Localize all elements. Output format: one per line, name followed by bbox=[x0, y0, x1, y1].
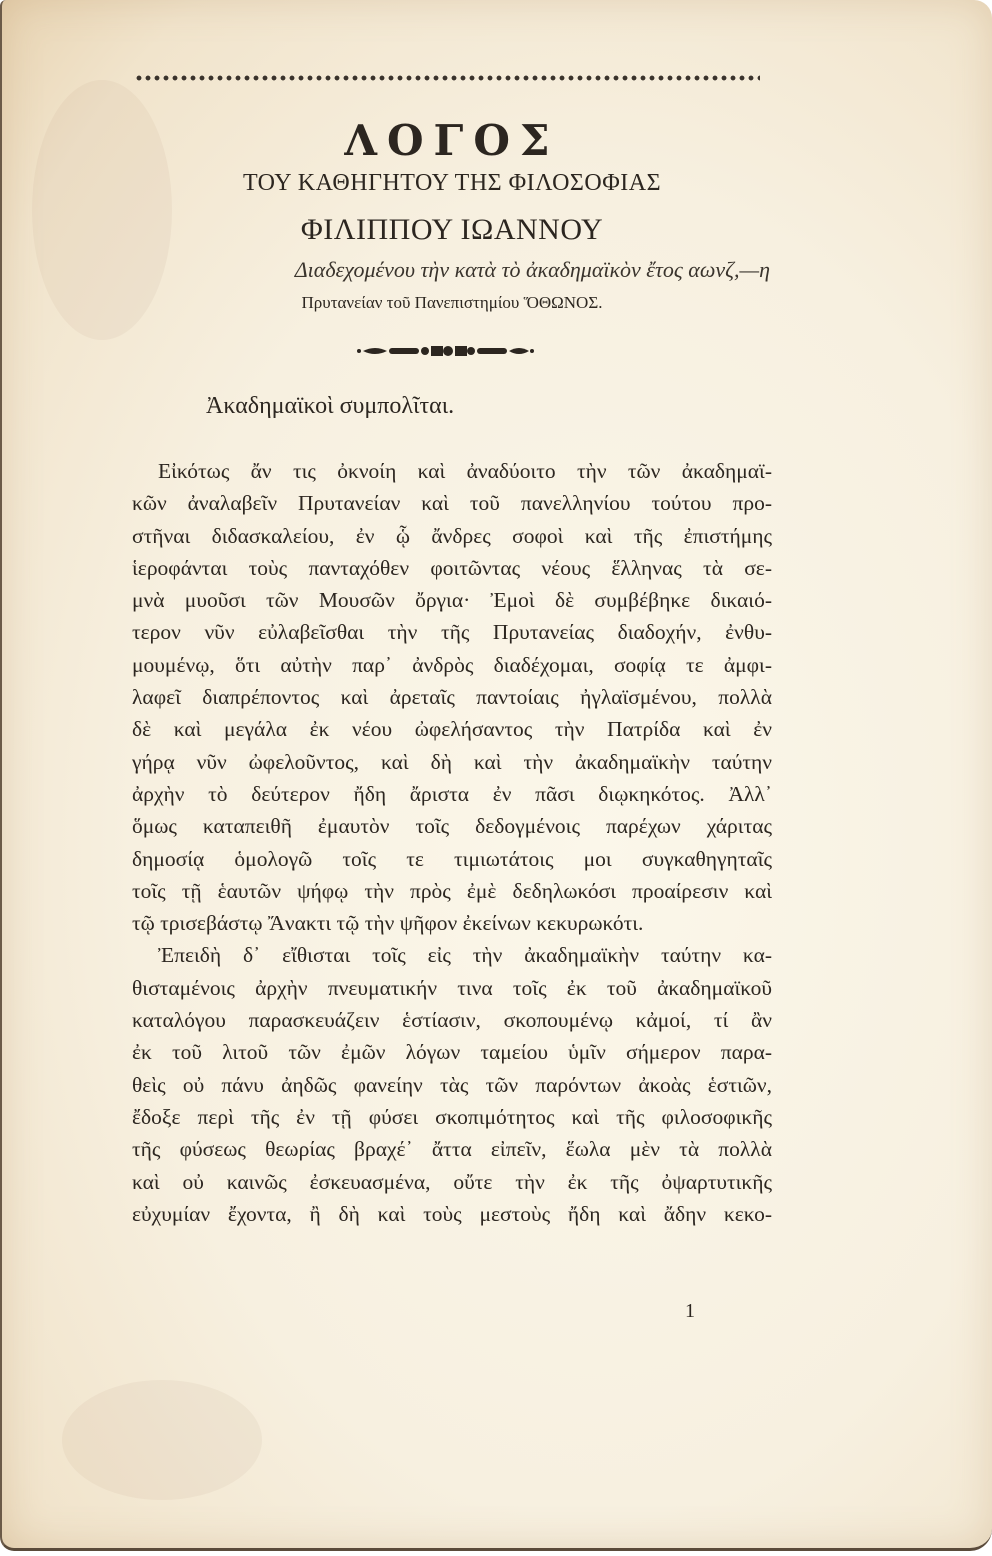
text-line: τῷ τρισεβάστῳ Ἄνακτι τῷ τὴν ψῆφον ἐκείνω… bbox=[132, 907, 772, 939]
text-line: ἀρχὴν τὸ δεύτερον ἤδη ἄριστα ἐν πᾶσι διῳ… bbox=[132, 778, 772, 810]
author-name: ΦΙΛΙΠΠΟΥ ΙΩΑΝΝΟΥ bbox=[2, 213, 902, 247]
text-line: ἔδοξε περὶ τῆς ἐν τῇ φύσει σκοπιμότητος … bbox=[132, 1101, 772, 1133]
text-line: εὐχυμίαν ἔχοντα, ἢ δὴ καὶ τοὺς μεστοὺς ἤ… bbox=[132, 1198, 772, 1230]
text-line: τῆς φύσεως θεωρίας βραχέ᾽ ἄττα εἰπεῖν, ἕ… bbox=[132, 1133, 772, 1165]
text-line: καταλόγου παρασκευάζειν ἑστίασιν, σκοπου… bbox=[132, 1004, 772, 1036]
text-line: δημοσίᾳ ὁμολογῶ τοῖς τε τιμιωτάτοις μοι … bbox=[132, 843, 772, 875]
text-line: θισταμένοις ἀρχὴν πνευματικήν τινα τοῖς … bbox=[132, 972, 772, 1004]
rectorship-line: Πρυτανείαν τοῦ Πανεπιστημίου ὍΘΩΝΟΣ. bbox=[2, 293, 902, 313]
text-line: Ἐπειδὴ δ᾽ εἴθισται τοῖς εἰς τὴν ἀκαδημαϊ… bbox=[132, 939, 772, 971]
body-text: Εἰκότως ἄν τις ὀκνοίη καὶ ἀναδύοιτο τὴν … bbox=[132, 455, 772, 1230]
text-line: ὅμως καταπειθῆ ἐμαυτὸν τοῖς δεδογμένοις … bbox=[132, 810, 772, 842]
floral-ornament-icon bbox=[355, 345, 535, 357]
page-number: 1 bbox=[685, 1300, 695, 1323]
succession-line: Διαδεχομένου τὴν κατὰ τὸ ἀκαδημαϊκὸν ἔτο… bbox=[150, 257, 770, 283]
text-line: δὲ καὶ μεγάλα ἐκ νέου ὠφελήσαντος τὴν Πα… bbox=[132, 713, 772, 745]
text-line: μνὰ μυοῦσι τῶν Μουσῶν ὄργια· Ἐμοὶ δὲ συμ… bbox=[132, 584, 772, 616]
text-line: καὶ οὐ καινῶς ἐσκευασμένα, οὔτε τὴν ἐκ τ… bbox=[132, 1166, 772, 1198]
text-line: ἱεροφάνται τοὺς πανταχόθεν φοιτῶντας νέο… bbox=[132, 552, 772, 584]
document-subtitle: ΤΟΥ ΚΑΘΗΓΗΤΟΥ ΤΗΣ ΦΙΛΟΣΟΦΙΑΣ bbox=[2, 170, 902, 197]
paper-stain bbox=[62, 1380, 262, 1500]
text-line: Εἰκότως ἄν τις ὀκνοίη καὶ ἀναδύοιτο τὴν … bbox=[132, 455, 772, 487]
text-line: λαφεῖ διαπρέποντος καὶ ἀρεταῖς παντοίαις… bbox=[132, 681, 772, 713]
top-ornamental-rule bbox=[135, 74, 760, 82]
text-line: ἐκ τοῦ λιτοῦ τῶν ἐμῶν λόγων ταμείου ὑμῖν… bbox=[132, 1036, 772, 1068]
text-line: τοῖς τῇ ἑαυτῶν ψήφῳ τὴν πρὸς ἐμὲ δεδηλωκ… bbox=[132, 875, 772, 907]
salutation: Ἀκαδημαϊκοὶ συμπολῖται. bbox=[206, 393, 454, 420]
text-line: κῶν ἀναλαβεῖν Πρυτανείαν καὶ τοῦ πανελλη… bbox=[132, 487, 772, 519]
document-title: ΛΟΓΟΣ bbox=[2, 116, 902, 165]
text-line: μουμένῳ, ὅτι αὐτὴν παρ᾽ ἀνδρὸς διαδέχομα… bbox=[132, 649, 772, 681]
text-line: γήρᾳ νῦν ὠφελοῦντος, καὶ δὴ καὶ τὴν ἀκαδ… bbox=[132, 746, 772, 778]
text-line: στῆναι διδασκαλείου, ἐν ᾧ ἄνδρες σοφοὶ κ… bbox=[132, 520, 772, 552]
text-line: τερον νῦν εὐλαβεῖσθαι τὴν τῆς Πρυτανείας… bbox=[132, 616, 772, 648]
scanned-page: ΛΟΓΟΣ ΤΟΥ ΚΑΘΗΓΗΤΟΥ ΤΗΣ ΦΙΛΟΣΟΦΙΑΣ ΦΙΛΙΠ… bbox=[0, 0, 992, 1551]
text-line: θεὶς οὐ πάνυ ἀηδῶς φανείην τὰς τῶν παρόν… bbox=[132, 1069, 772, 1101]
